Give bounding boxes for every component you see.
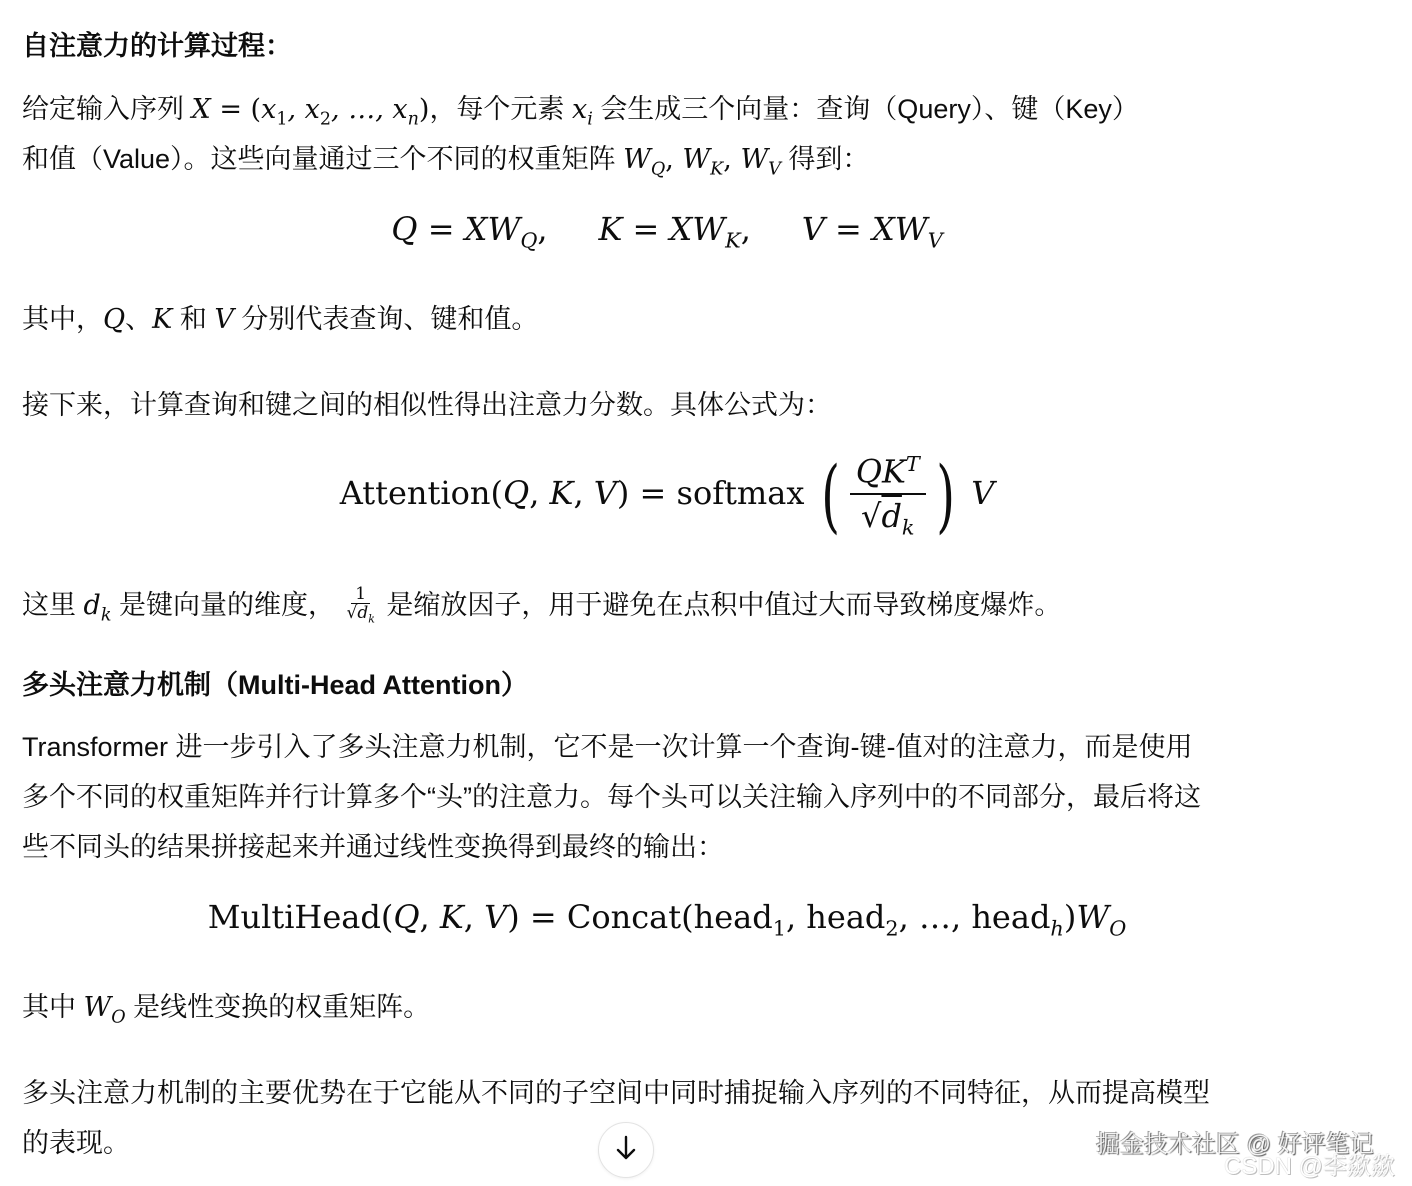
equation-attention: Attention(Q, K, V) = softmax (QKT√dk) V bbox=[22, 452, 1312, 539]
paragraph-multihead-1: Transformer 进一步引入了多头注意力机制，它不是一次计算一个查询-键-… bbox=[22, 722, 1193, 772]
paragraph-attention-score: 接下来，计算查询和键之间的相似性得出注意力分数。具体公式为： bbox=[22, 380, 832, 430]
paragraph-multihead-3: 些不同头的结果拼接起来并通过线性变换得到最终的输出： bbox=[22, 822, 724, 872]
math-fraction: 1√dk bbox=[346, 585, 374, 628]
equation-multihead: MultiHead(Q, K, V) = Concat(head1, head2… bbox=[22, 898, 1312, 940]
paragraph-multihead-2: 多个不同的权重矩阵并行计算多个“头”的注意力。每个头可以关注输入序列中的不同部分… bbox=[22, 772, 1201, 822]
math-inline: X bbox=[192, 94, 211, 125]
paragraph-qkv-meaning: 其中，Q、K 和 V 分别代表查询、键和值。 bbox=[22, 294, 538, 345]
equation-qkv: Q = XWQ, K = XWK, V = XWV bbox=[22, 210, 1312, 252]
paragraph-weight-matrices: 和值（Value）。这些向量通过三个不同的权重矩阵 WQ, WK, WV 得到： bbox=[22, 134, 869, 194]
arrow-down-icon bbox=[615, 1135, 637, 1166]
paragraph-wo: 其中 WO 是线性变换的权重矩阵。 bbox=[22, 982, 430, 1042]
paragraph-scaling-factor: 这里 dk 是键向量的维度， 1√dk 是缩放因子，用于避免在点积中值过大而导致… bbox=[22, 580, 1061, 640]
paragraph-advantage-1: 多头注意力机制的主要优势在于它能从不同的子空间中同时捕捉输入序列的不同特征，从而… bbox=[22, 1068, 1210, 1118]
watermark-csdn: CSDN @李歘歘 bbox=[1224, 1146, 1395, 1181]
paragraph-advantage-2: 的表现。 bbox=[22, 1118, 130, 1168]
scroll-down-button[interactable] bbox=[598, 1122, 654, 1178]
section-heading-self-attention: 自注意力的计算过程： bbox=[22, 21, 292, 71]
section-heading-multihead: 多头注意力机制（Multi-Head Attention） bbox=[22, 660, 528, 710]
